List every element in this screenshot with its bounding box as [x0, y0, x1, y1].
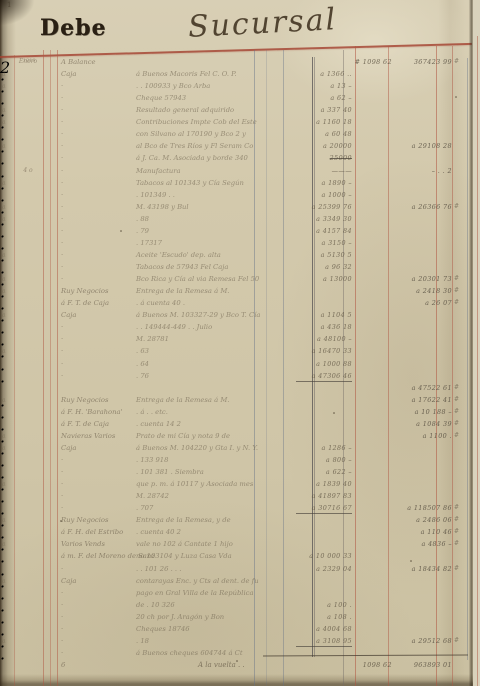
amount-right-cell: a 20301 73	[394, 275, 452, 283]
amount-mid-cell: a 800 –	[296, 456, 352, 464]
ledger-row: 4 o··Manufactura———– . . 2	[0, 167, 480, 179]
amount-mid-cell: a 1104 5	[296, 311, 352, 319]
detail-cell: . 101 381 . Siembra	[136, 468, 306, 476]
amount-mid-cell: a 3150 –	[296, 239, 352, 247]
check-mark: #	[454, 540, 466, 547]
account-cell: ·	[61, 239, 135, 247]
account-cell: ·	[61, 372, 135, 380]
amount-mid-cell: a 30716 67	[296, 504, 352, 514]
amount-mid-cell: a 1890 –	[296, 179, 352, 187]
account-cell: ·	[61, 203, 135, 211]
ledger-row: a 47522 61#	[0, 384, 480, 396]
ledger-row: ··20 ch por J. Aragón y Bona 108 .	[0, 613, 480, 625]
amount-right-cell: a 29108 28	[394, 142, 452, 150]
ledger-row: a··Aceite 'Escudo' dep. altaa 5130 5	[0, 251, 480, 263]
detail-cell: Manufactura	[136, 167, 306, 175]
ledger-row: ··Tabacos de 57943 Fel Cajaa 96 32	[0, 263, 480, 275]
detail-cell: no 103104 y Luza Casa Vda	[136, 552, 306, 560]
amount-mid-cell: a 20000	[296, 142, 352, 150]
carried-forward-label: A la vuelta . .	[198, 661, 318, 669]
amount-mid-cell: a 1839 40	[296, 480, 352, 488]
ledger-row: ·á F. H. 'Barahona'. á . . etc.a 10 188 …	[0, 408, 480, 420]
ledger-row: ··de . 10 326a 100 .	[0, 601, 480, 613]
check-mark: #	[454, 58, 466, 65]
account-cell: Caja	[61, 70, 135, 78]
account-cell: ·	[61, 601, 135, 609]
amount-mid-cell: ———	[296, 167, 352, 175]
ledger-row: ··. 101 381 . Siembraa 622 –	[0, 468, 480, 480]
ledger-row: a··. 63a 16470 33	[0, 347, 480, 359]
amount-mid-cell: a 4004 68	[296, 625, 352, 633]
account-cell: ·	[61, 191, 135, 199]
ledger-row: ··. . 101 26 . . .a 2329 04a 18434 82#	[0, 565, 480, 577]
ledger-row: a··Tabacos al 101343 y Cía Segúna 1890 –	[0, 179, 480, 191]
detail-cell: . 707	[136, 504, 306, 512]
account-cell: ·	[61, 215, 135, 223]
account-cell: Ruy Negocios	[61, 396, 135, 404]
detail-cell: contarayas Enc. y Cts al dent. de fu	[136, 577, 306, 585]
amount-right-cell: a 118507 86	[394, 504, 452, 512]
amount-mid-cell: a 13 –	[296, 82, 352, 90]
ledger-row: a·Cajaá Buenos M. 104220 y Gta I. y N. Y…	[0, 444, 480, 456]
ledger-row: a·Ruy NegociosEntrega de la Remesa á M.a…	[0, 287, 480, 299]
account-cell: ·	[61, 94, 135, 102]
ledger-row: a·Cajacontarayas Enc. y Cts al dent. de …	[0, 577, 480, 589]
ledger-row: a·Ruy NegociosEntrega de la Remesa á M.a…	[0, 396, 480, 408]
ledger-row: ··. 133 918a 800 –	[0, 456, 480, 468]
ledger-row: ··. 101349 . .a 1000 –	[0, 191, 480, 203]
account-cell: ·	[61, 142, 135, 150]
detail-cell: . 63	[136, 347, 306, 355]
detail-cell: . 64	[136, 360, 306, 368]
account-cell: á F. T. de Caja	[61, 420, 135, 428]
account-cell: ·	[61, 118, 135, 126]
account-cell: 6	[61, 661, 135, 669]
ledger-row: ··. . 149444-449 . . Julioa 436 18	[0, 323, 480, 335]
amount-right-cell: a 26366 76	[394, 203, 452, 211]
ledger-row: a··. 88a 3349 30	[0, 215, 480, 227]
account-cell: ·	[61, 468, 135, 476]
check-mark: #	[454, 408, 466, 415]
account-cell: ·	[61, 504, 135, 512]
account-cell: ·	[61, 637, 135, 645]
detail-cell: Cheque 57943	[136, 94, 306, 102]
detail-cell: con Silvano al 170190 y Bco 2 y	[136, 130, 306, 138]
ledger-row: ·á F. T. de Caja. á cuenta 40 .a 26 07#	[0, 299, 480, 311]
check-mark: #	[454, 384, 466, 391]
ledger-row: Enero19192A Balance# 1098 62367423 99#	[0, 58, 480, 70]
ledger-row: a··. 18a 3108 95a 29512 68#	[0, 637, 480, 649]
account-cell: ·	[61, 179, 135, 187]
ledger-row: ··. 79a 4157 84	[0, 227, 480, 239]
amount-mid-cell: a 62 –	[296, 94, 352, 102]
detail-cell: vale no 102 á Cantate 1 hijo	[136, 540, 306, 548]
ledger-row: a··Resultado general adquiridoa 337 40	[0, 106, 480, 118]
account-cell: ·	[61, 492, 135, 500]
amount-mid-cell: a 1000 88	[296, 360, 352, 368]
account-cell: ·	[61, 565, 135, 573]
detail-cell: Tabacos al 101343 y Cía Según	[136, 179, 306, 187]
detail-cell: . 18	[136, 637, 306, 645]
check-mark: #	[454, 203, 466, 210]
amount-mid-cell: a 100 .	[296, 601, 352, 609]
detail-cell: . cuenta 14 2	[136, 420, 306, 428]
ledger-row: ··pago en Gral Villa de la República	[0, 589, 480, 601]
ledger-row: a··Bco Rica y Cía al via Remesa Fel 50a …	[0, 275, 480, 287]
detail-cell: . . 101 26 . . .	[136, 565, 306, 573]
amount-inner-cell: 1098 62	[352, 661, 392, 669]
ledger-row: ·á m. F. del Moreno de Sanzno 103104 y L…	[0, 552, 480, 564]
detail-cell: . 79	[136, 227, 306, 235]
debit-header-title: Debe	[40, 15, 106, 41]
page-number: 1	[7, 1, 11, 9]
detail-cell: de . 10 326	[136, 601, 306, 609]
account-cell: Caja	[61, 444, 135, 452]
ledger-row: ··. 64a 1000 88	[0, 360, 480, 372]
amount-mid-cell: a 1366 ..	[296, 70, 352, 78]
amount-right-cell: a 29512 68	[394, 637, 452, 645]
amount-mid-cell: a 3349 30	[296, 215, 352, 223]
amount-mid-cell: a 47306 46	[296, 372, 352, 382]
account-cell: ·	[61, 335, 135, 343]
ledger-row: ··. 17317a 3150 –	[0, 239, 480, 251]
check-mark: #	[454, 432, 466, 439]
ledger-row: ··Cheques 18746a 4004 68	[0, 625, 480, 637]
ledger-row: a··que p. m. á 10117 y Asociada mesa 183…	[0, 480, 480, 492]
amount-mid-cell: a 16470 33	[296, 347, 352, 355]
amount-right-cell: a 18434 82	[394, 565, 452, 573]
ledger-row: a·Navieras VariosPrato de mi Cía y nota …	[0, 432, 480, 444]
detail-cell: á Buenos M. 104220 y Gta I. y N. Y.	[136, 444, 306, 452]
account-cell: ·	[61, 625, 135, 633]
amount-right-cell: a 110 46	[394, 528, 452, 536]
account-cell: A Balance	[61, 58, 135, 66]
account-cell: á m. F. del Moreno de Sanz	[61, 552, 135, 560]
detail-cell: Aceite 'Escudo' dep. alta	[136, 251, 306, 259]
detail-cell: Resultado general adquirido	[136, 106, 306, 114]
amount-right-cell: – . . 2	[394, 167, 452, 175]
amount-mid-cell: a 108 .	[296, 613, 352, 621]
ledger-row: ··á J. Ca. M. Asociada y borde 34025000	[0, 154, 480, 166]
check-mark: #	[454, 275, 466, 282]
ledger-row: a·Varios Vendsvale no 102 á Cantate 1 hi…	[0, 540, 480, 552]
check-mark: #	[454, 504, 466, 511]
account-cell: Caja	[61, 577, 135, 585]
account-cell: ·	[61, 167, 135, 175]
detail-cell: . á cuenta 40 .	[136, 299, 306, 307]
account-cell: Ruy Negocios	[61, 287, 135, 295]
amount-mid-cell: a 3108 95	[296, 637, 352, 647]
ledger-row: ·á F. H. del Estribo. cuenta 40 2a 110 4…	[0, 528, 480, 540]
ledger-row: ··M. 28781a 48100 –	[0, 335, 480, 347]
amount-right-cell: a 1084 39	[394, 420, 452, 428]
amount-mid-cell: a 1286 –	[296, 444, 352, 452]
amount-mid-cell: a 10 000 33	[296, 552, 352, 560]
account-cell: ·	[61, 589, 135, 597]
check-mark: #	[454, 528, 466, 535]
amount-right-cell: a 26 07	[394, 299, 452, 307]
account-cell: ·	[61, 360, 135, 368]
amount-mid-cell: a 337 40	[296, 106, 352, 114]
account-cell: ·	[61, 613, 135, 621]
amount-mid-cell: a 2329 04	[296, 565, 352, 573]
account-cell: ·	[61, 130, 135, 138]
amount-right-cell: a 2418 30	[394, 287, 452, 295]
account-cell: ·	[61, 456, 135, 464]
ledger-row: a··M. 43198 y Bula 25399 76a 26366 76#	[0, 203, 480, 215]
detail-cell: . 76	[136, 372, 306, 380]
detail-cell: Cheques 18746	[136, 625, 306, 633]
amount-right-cell: a 1100 .	[394, 432, 452, 440]
amount-mid-cell: a 48100 –	[296, 335, 352, 343]
amount-mid-cell: a 4157 84	[296, 227, 352, 235]
ledger-row: a··. . 100933 y Bco Arbaa 13 –	[0, 82, 480, 94]
ledger-row: ··M. 28742a 41897 83	[0, 492, 480, 504]
check-mark: #	[454, 565, 466, 572]
amount-right-cell: 963893 01	[394, 661, 452, 669]
account-cell: á F. T. de Caja	[61, 299, 135, 307]
detail-cell: Tabacos de 57943 Fel Caja	[136, 263, 306, 271]
account-cell: ·	[61, 154, 135, 162]
amount-mid-cell: a 13000	[296, 275, 352, 283]
next-page-edge	[473, 0, 480, 686]
detail-cell: pago en Gral Villa de la República	[136, 589, 306, 597]
ledger-row: 6A la vuelta . .1098 62963893 01	[0, 661, 480, 673]
detail-cell: . . 149444-449 . . Julio	[136, 323, 306, 331]
amount-mid-cell: 25000	[296, 154, 352, 162]
detail-cell: . 17317	[136, 239, 306, 247]
account-cell: ·	[61, 82, 135, 90]
amount-right-cell: a 2486 06	[394, 516, 452, 524]
date-cell: 4 o	[14, 167, 42, 174]
account-cell: á F. H. del Estribo	[61, 528, 135, 536]
account-cell: Navieras Varios	[61, 432, 135, 440]
detail-cell: . 133 918	[136, 456, 306, 464]
ledger-row: a··al Bco de Tres Ríos y Fl Seram Coa 20…	[0, 142, 480, 154]
detail-cell: M. 43198 y Bul	[136, 203, 306, 211]
detail-cell: . á . . etc.	[136, 408, 306, 416]
account-cell: Varios Vends	[61, 540, 135, 548]
ledger-row: a··Contribuciones Impte Cob del Estea 11…	[0, 118, 480, 130]
amount-right-cell: 367423 99	[394, 58, 452, 66]
check-mark: #	[454, 287, 466, 294]
ledger-row: ··con Silvano al 170190 y Bco 2 ya 60 48	[0, 130, 480, 142]
next-page-rule	[477, 36, 478, 686]
ledger-row: a·Ruy NegociosEntrega de la Remesa, y de…	[0, 516, 480, 528]
detail-cell: Contribuciones Impte Cob del Este	[136, 118, 306, 126]
amount-mid-cell: a 622 –	[296, 468, 352, 476]
amount-mid-cell: a 5130 5	[296, 251, 352, 259]
detail-cell: á J. Ca. M. Asociada y borde 340	[136, 154, 306, 162]
ledger-row: a·Cajaá Buenos Macoris Fel C. O. P.a 136…	[0, 70, 480, 82]
amount-inner-cell: # 1098 62	[352, 58, 392, 66]
account-cell: Caja	[61, 311, 135, 319]
amount-mid-cell: a 436 18	[296, 323, 352, 331]
branch-title: Sucursal	[187, 2, 338, 45]
account-cell: Ruy Negocios	[61, 516, 135, 524]
account-cell: ·	[61, 649, 135, 657]
detail-cell: M. 28742	[136, 492, 306, 500]
ledger-page: 1 Debe Sucursal Enero19192A Balance# 109…	[0, 0, 480, 686]
amount-mid-cell: a 1160 18	[296, 118, 352, 126]
ledger-row: ·á F. T. de Caja. cuenta 14 2a 1084 39#	[0, 420, 480, 432]
detail-cell: á Buenos M. 103327-29 y Bco T. Cía	[136, 311, 306, 319]
amount-right-cell: a 17622 41	[394, 396, 452, 404]
amount-mid-cell: a 25399 76	[296, 203, 352, 211]
account-cell: ·	[61, 275, 135, 283]
amount-right-cell: a 4836 –	[394, 540, 452, 548]
ledger-row: ··. 76a 47306 46	[0, 372, 480, 384]
ledger-row: a·Cajaá Buenos M. 103327-29 y Bco T. Cía…	[0, 311, 480, 323]
detail-cell: Entrega de la Remesa á M.	[136, 396, 306, 404]
detail-cell: á Buenos Macoris Fel C. O. P.	[136, 70, 306, 78]
account-cell: ·	[61, 227, 135, 235]
amount-mid-cell: a 41897 83	[296, 492, 352, 500]
year-mark: 1919	[17, 58, 41, 64]
amount-right-cell: a 47522 61	[394, 384, 452, 392]
account-cell: ·	[61, 106, 135, 114]
detail-cell: que p. m. á 10117 y Asociada mes	[136, 480, 306, 488]
account-cell: ·	[61, 480, 135, 488]
detail-cell: Bco Rica y Cía al via Remesa Fel 50	[136, 275, 306, 283]
detail-cell: 20 ch por J. Aragón y Bon	[136, 613, 306, 621]
detail-cell: Prato de mi Cía y nota 9 de	[136, 432, 306, 440]
account-cell: á F. H. 'Barahona'	[61, 408, 135, 416]
amount-mid-cell: a 1000 –	[296, 191, 352, 199]
detail-cell: Entrega de la Remesa, y de	[136, 516, 306, 524]
check-mark: #	[454, 299, 466, 306]
ledger-row: ··. 707a 30716 67a 118507 86#	[0, 504, 480, 516]
account-cell: ·	[61, 347, 135, 355]
check-mark: #	[454, 516, 466, 523]
detail-cell: al Bco de Tres Ríos y Fl Seram Co	[136, 142, 306, 150]
ledger-row: ··Cheque 57943a 62 –	[0, 94, 480, 106]
check-mark: #	[454, 396, 466, 403]
check-mark: #	[454, 637, 466, 644]
amount-mid-cell: a 60 48	[296, 130, 352, 138]
header-rule	[0, 43, 472, 58]
detail-cell: Entrega de la Remesa á M.	[136, 287, 306, 295]
detail-cell: . . 100933 y Bco Arba	[136, 82, 306, 90]
detail-cell: . 88	[136, 215, 306, 223]
account-cell: ·	[61, 263, 135, 271]
detail-cell: . 101349 . .	[136, 191, 306, 199]
detail-cell: . cuenta 40 2	[136, 528, 306, 536]
account-cell: ·	[61, 251, 135, 259]
amount-mid-cell: a 96 32	[296, 263, 352, 271]
account-cell: ·	[61, 323, 135, 331]
detail-cell: M. 28781	[136, 335, 306, 343]
amount-right-cell: a 10 188 –	[394, 408, 452, 416]
check-mark: #	[454, 420, 466, 427]
